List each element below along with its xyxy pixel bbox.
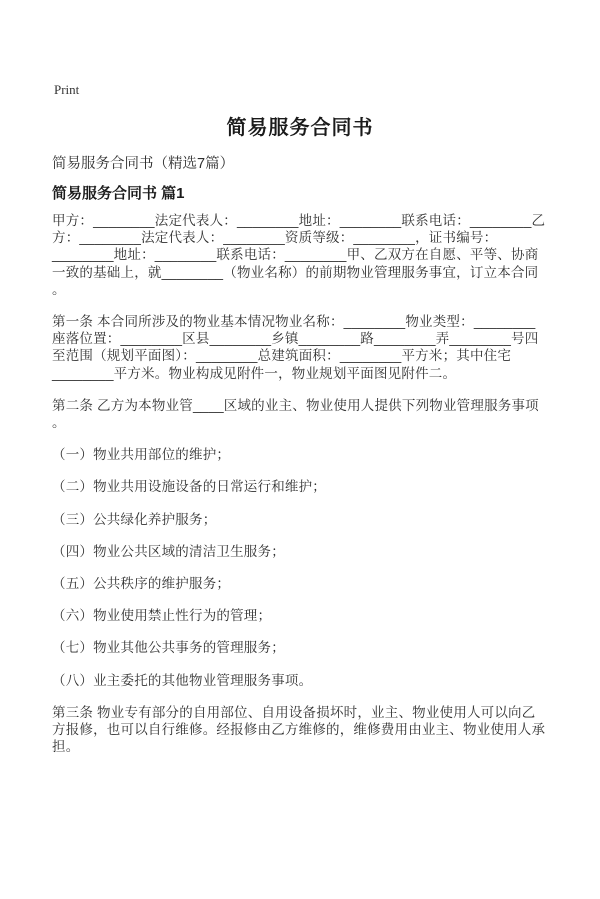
text-line: 方报修，也可以自行维修。经报修由乙方维修的，维修费用由业主、物业使用人承 [52, 721, 548, 738]
text-line: ________地址：________联系电话：________甲、乙双方在自愿… [52, 246, 548, 263]
service-item-1: （一）物业共用部位的维护； [52, 446, 548, 463]
service-item-4: （四）物业公共区域的清洁卫生服务； [52, 543, 548, 560]
service-items-list: （一）物业共用部位的维护； （二）物业共用设施设备的日常运行和维护； （三）公共… [52, 446, 548, 689]
paragraph-parties-intro: 甲方：________法定代表人：________地址：________联系电话… [52, 212, 548, 298]
text-line: 第三条 物业专有部分的自用部位、自用设备损坏时，业主、物业使用人可以向乙 [52, 704, 548, 721]
text-line: 方：________法定代表人：________资质等级：________，证书… [52, 229, 548, 246]
text-line: 第二条 乙方为本物业管____区域的业主、物业使用人提供下列物业管理服务事项 [52, 397, 548, 414]
service-item-2: （二）物业共用设施设备的日常运行和维护； [52, 478, 548, 495]
paragraph-article-3: 第三条 物业专有部分的自用部位、自用设备损坏时，业主、物业使用人可以向乙 方报修… [52, 704, 548, 756]
text-line: 甲方：________法定代表人：________地址：________联系电话… [52, 212, 548, 229]
service-item-7: （七）物业其他公共事务的管理服务； [52, 639, 548, 656]
service-item-3: （三）公共绿化养护服务； [52, 511, 548, 528]
paragraph-article-1: 第一条 本合同所涉及的物业基本情况物业名称：________物业类型：_____… [52, 313, 548, 382]
text-line: 。 [52, 281, 548, 298]
document-page: Print 简易服务合同书 简易服务合同书（精选7篇） 简易服务合同书 篇1 甲… [0, 0, 600, 899]
text-line: 担。 [52, 738, 548, 755]
service-item-6: （六）物业使用禁止性行为的管理； [52, 607, 548, 624]
service-item-5: （五）公共秩序的维护服务； [52, 575, 548, 592]
print-button[interactable]: Print [54, 82, 79, 98]
service-item-8: （八）业主委托的其他物业管理服务事项。 [52, 672, 548, 689]
document-subtitle: 简易服务合同书（精选7篇） [52, 156, 548, 173]
text-line: 。 [52, 414, 548, 431]
document-title: 简易服务合同书 [52, 116, 548, 140]
text-line: 至范围（规划平面图）：________总建筑面积：________平方米；其中住… [52, 347, 548, 364]
text-line: 座落位置：________区县________乡镇________路______… [52, 330, 548, 347]
paragraph-article-2: 第二条 乙方为本物业管____区域的业主、物业使用人提供下列物业管理服务事项 。 [52, 397, 548, 431]
text-line: 第一条 本合同所涉及的物业基本情况物业名称：________物业类型：_____… [52, 313, 548, 330]
text-line: ________平方米。物业构成见附件一，物业规划平面图见附件二。 [52, 365, 548, 382]
text-line: 一致的基础上，就________（物业名称）的前期物业管理服务事宜，订立本合同 [52, 264, 548, 281]
section-heading: 简易服务合同书 篇1 [52, 185, 548, 202]
